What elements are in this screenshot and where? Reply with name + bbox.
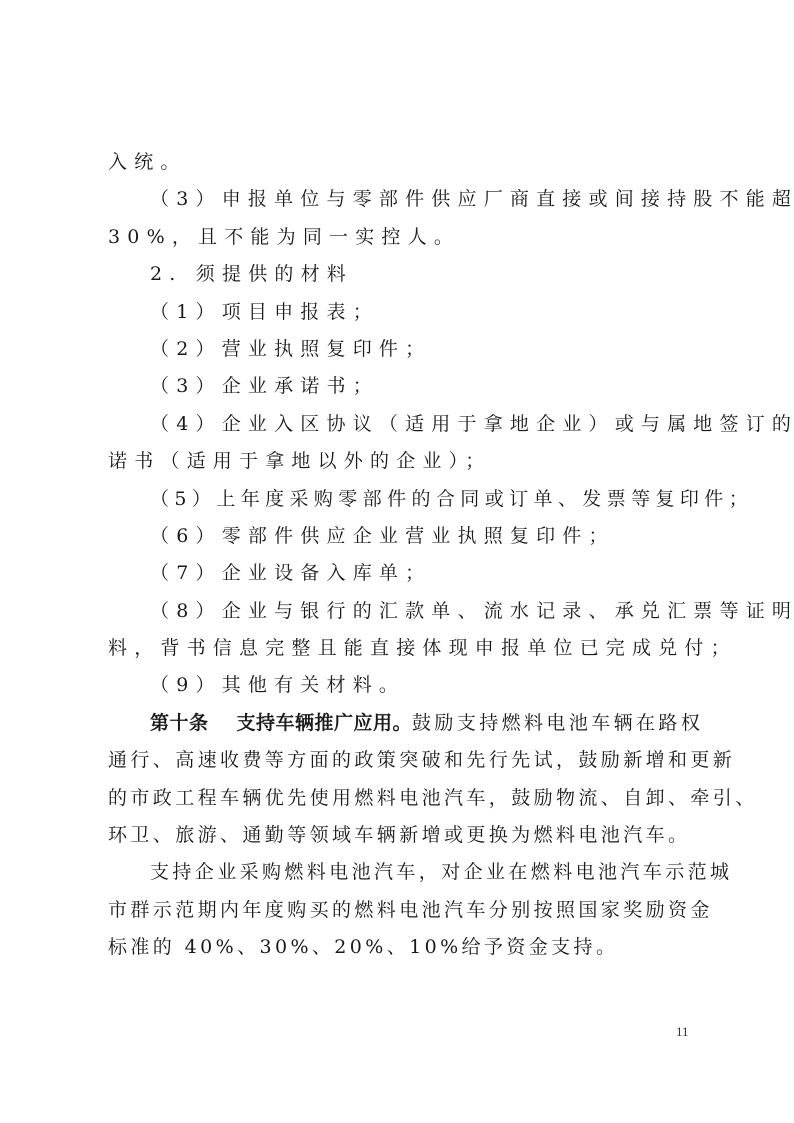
text-line: （3）申报单位与零部件供应厂商直接或间接持股不能超过	[108, 181, 694, 218]
list-item: （5）上年度采购零部件的合同或订单、发票等复印件；	[108, 481, 694, 518]
list-item: （1）项目申报表；	[108, 294, 694, 331]
list-item: （3）企业承诺书；	[108, 368, 694, 405]
article-title: 支持车辆推广应用。	[237, 712, 413, 734]
article-number: 第十条	[150, 712, 209, 734]
list-item: （8）企业与银行的汇款单、流水记录、承兑汇票等证明材	[108, 593, 694, 630]
document-page: 入统。 （3）申报单位与零部件供应厂商直接或间接持股不能超过 30%，且不能为同…	[0, 0, 794, 1123]
list-item-continuation: 料，背书信息完整且能直接体现申报单位已完成兑付；	[108, 630, 694, 667]
list-item: （7）企业设备入库单；	[108, 555, 694, 592]
section-heading: 2. 须提供的材料	[108, 256, 694, 293]
document-body: 入统。 （3）申报单位与零部件供应厂商直接或间接持股不能超过 30%，且不能为同…	[108, 144, 694, 967]
text-line: 的市政工程车辆优先使用燃料电池汽车，鼓励物流、自卸、牵引、	[108, 780, 694, 817]
text-line: 30%，且不能为同一实控人。	[108, 219, 694, 256]
text-line: 通行、高速收费等方面的政策突破和先行先试，鼓励新增和更新	[108, 742, 694, 779]
list-item: （6）零部件供应企业营业执照复印件；	[108, 518, 694, 555]
article-first-line: 第十条支持车辆推广应用。鼓励支持燃料电池车辆在路权	[108, 705, 694, 742]
list-item: （2）营业执照复印件；	[108, 331, 694, 368]
text-line: 市群示范期内年度购买的燃料电池汽车分别按照国家奖励资金	[108, 892, 694, 929]
text-line: 标准的 40%、30%、20%、10%给予资金支持。	[108, 929, 694, 966]
list-item: （4）企业入区协议（适用于拿地企业）或与属地签订的承	[108, 406, 694, 443]
text-line: 支持企业采购燃料电池汽车，对企业在燃料电池汽车示范城	[108, 854, 694, 891]
article-text: 鼓励支持燃料电池车辆在路权	[412, 712, 703, 734]
text-line: 入统。	[108, 144, 694, 181]
text-line: 环卫、旅游、通勤等领域车辆新增或更换为燃料电池汽车。	[108, 817, 694, 854]
list-item: （9）其他有关材料。	[108, 667, 694, 704]
list-item-continuation: 诺书（适用于拿地以外的企业）；	[108, 443, 694, 480]
page-number: 11	[676, 1024, 689, 1040]
